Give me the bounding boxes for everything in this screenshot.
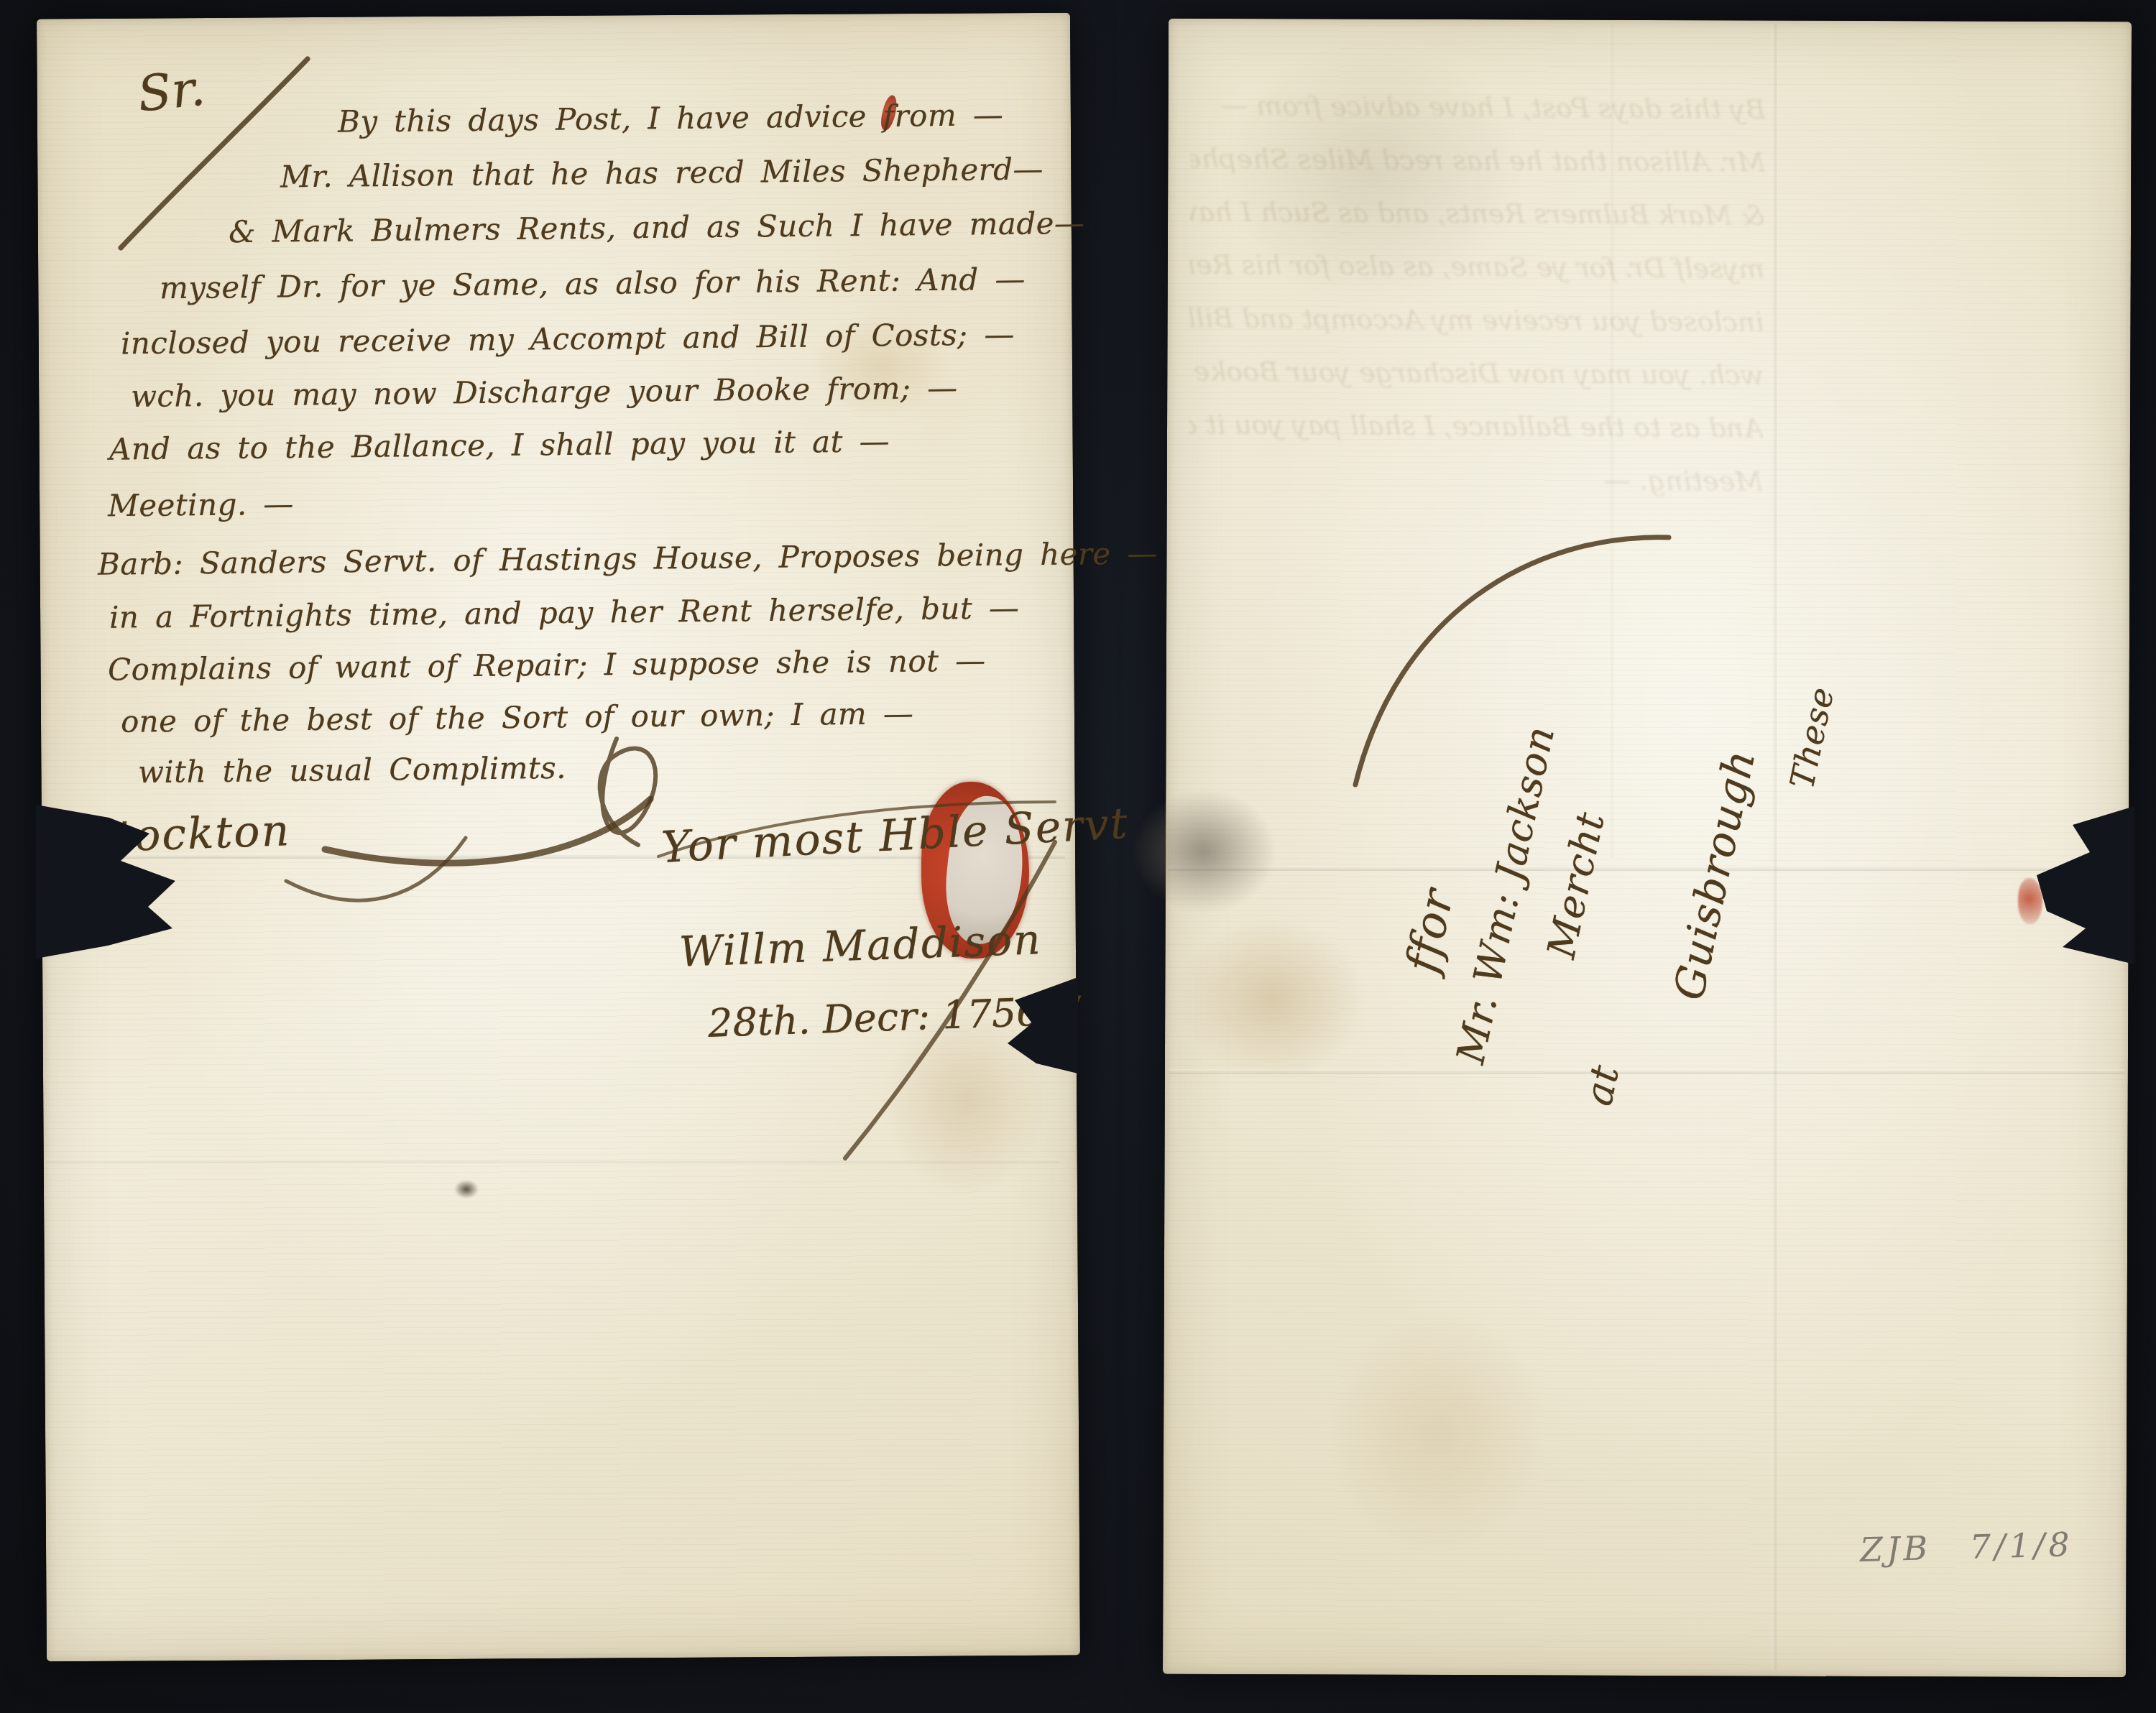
salutation: Sr. bbox=[135, 60, 208, 123]
letter-line: Meeting. — bbox=[108, 486, 294, 524]
letter-line: with the usual Complimts. bbox=[138, 750, 566, 790]
wax-speck bbox=[2018, 878, 2042, 924]
ink-showthrough: By this days Post, I have advice from — … bbox=[1188, 78, 1766, 508]
place-stockton: Stockton bbox=[84, 805, 291, 863]
archive-reference: ZJB 7/1/8 bbox=[1859, 1525, 2073, 1569]
scanned-letter-canvas: Sr. By this days Post, I have advice fro… bbox=[0, 0, 2156, 1713]
letter-line: By this days Post, I have advice from — bbox=[338, 97, 1004, 139]
